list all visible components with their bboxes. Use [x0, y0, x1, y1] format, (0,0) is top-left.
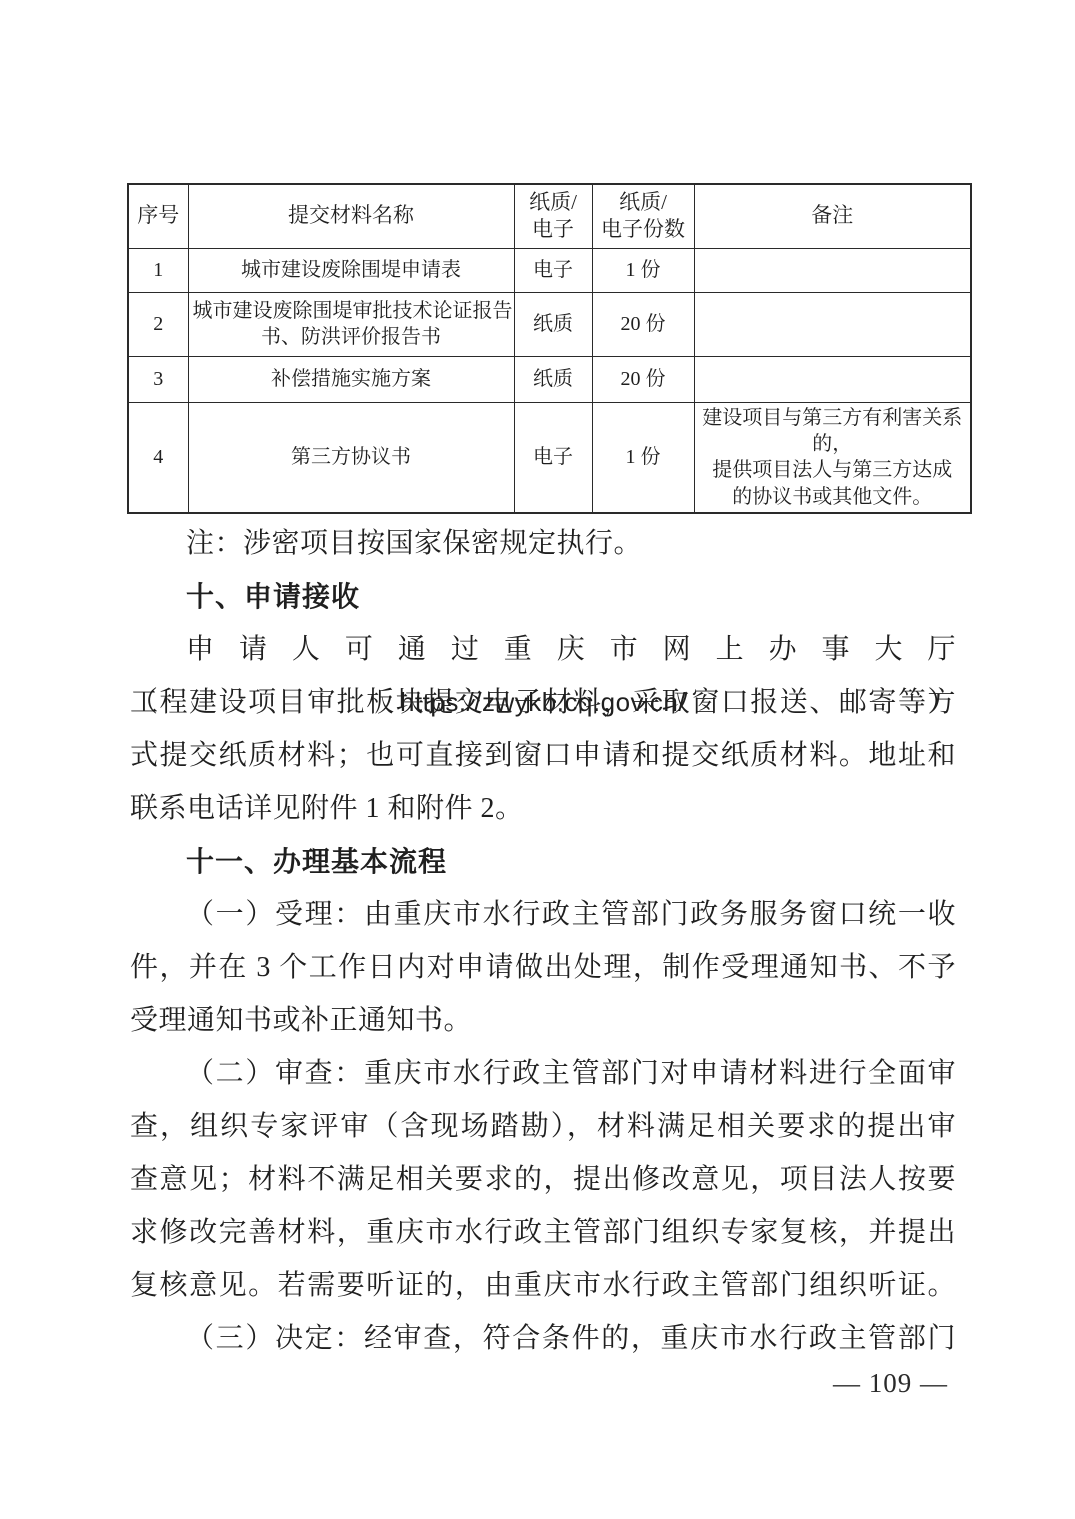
- table-row: 2 城市建设废除围堤审批技术论证报告 书、防洪评价报告书 纸质 20 份: [128, 292, 971, 356]
- cell-copies: 20 份: [592, 356, 694, 402]
- cell-medium: 电子: [514, 402, 592, 513]
- paragraph-line: （二）审查：重庆市水行政主管部门对申请材料进行全面审: [130, 1047, 956, 1100]
- table-header-row: 序号 提交材料名称 纸质/ 电子 纸质/ 电子份数 备注: [128, 184, 971, 248]
- document-page: { "table": { "headers": ["序号", "提交材料名称",…: [0, 0, 1075, 1519]
- table-row: 4 第三方协议书 电子 1 份 建设项目与第三方有利害关系 的，提供项目法人与第…: [128, 402, 971, 513]
- cell-name: 城市建设废除围堤申请表: [188, 248, 514, 292]
- paragraph-line: 求修改完善材料，重庆市水行政主管部门组织专家复核，并提出: [130, 1206, 956, 1259]
- paragraph-line: 受理通知书或补正通知书。: [130, 994, 956, 1047]
- header-cell-copies: 纸质/ 电子份数: [592, 184, 694, 248]
- paragraph-line: （三）决定：经审查，符合条件的，重庆市水行政主管部门: [130, 1312, 956, 1365]
- table-row: 1 城市建设废除围堤申请表 电子 1 份: [128, 248, 971, 292]
- cell-medium: 纸质: [514, 292, 592, 356]
- paragraph-line: 复核意见。若需要听证的，由重庆市水行政主管部门组织听证。: [130, 1259, 956, 1312]
- cell-copies: 20 份: [592, 292, 694, 356]
- cell-name: 城市建设废除围堤审批技术论证报告 书、防洪评价报告书: [188, 292, 514, 356]
- body-text: 注：涉密项目按国家保密规定执行。 十、申请接收 申请人可通过重庆市网上办事大厅（…: [130, 517, 956, 1365]
- paragraph-line: 件，并在 3 个工作日内对申请做出处理，制作受理通知书、不予: [130, 941, 956, 994]
- header-cell-no: 序号: [128, 184, 188, 248]
- cell-no: 3: [128, 356, 188, 402]
- note-line: 注：涉密项目按国家保密规定执行。: [130, 517, 956, 570]
- cell-medium: 纸质: [514, 356, 592, 402]
- table-row: 3 补偿措施实施方案 纸质 20 份: [128, 356, 971, 402]
- cell-medium: 电子: [514, 248, 592, 292]
- paragraph-line: 查意见；材料不满足相关要求的，提出修改意见，项目法人按要: [130, 1153, 956, 1206]
- cell-remark: [694, 248, 971, 292]
- section-10-heading: 十、申请接收: [130, 570, 956, 623]
- section-11-heading: 十一、办理基本流程: [130, 835, 956, 888]
- header-cell-medium: 纸质/ 电子: [514, 184, 592, 248]
- cell-remark: [694, 292, 971, 356]
- paragraph-line: 查，组织专家评审（含现场踏勘），材料满足相关要求的提出审: [130, 1100, 956, 1153]
- cell-copies: 1 份: [592, 402, 694, 513]
- header-cell-remark: 备注: [694, 184, 971, 248]
- cell-name: 补偿措施实施方案: [188, 356, 514, 402]
- paragraph-line: 工程建设项目审批板块提交电子材料，采取窗口报送、邮寄等方: [130, 676, 956, 729]
- cell-copies: 1 份: [592, 248, 694, 292]
- cell-remark: [694, 356, 971, 402]
- cell-no: 2: [128, 292, 188, 356]
- paragraph-line: 式提交纸质材料；也可直接到窗口申请和提交纸质材料。地址和: [130, 729, 956, 782]
- paragraph-line: 申请人可通过重庆市网上办事大厅（https://zwykb.cq.gov.cn/…: [130, 623, 956, 676]
- cell-remark: 建设项目与第三方有利害关系 的，提供项目法人与第三方达成 的协议书或其他文件。: [694, 402, 971, 513]
- cell-name: 第三方协议书: [188, 402, 514, 513]
- paragraph-line: 联系电话详见附件 1 和附件 2。: [130, 782, 956, 835]
- cell-no: 1: [128, 248, 188, 292]
- header-cell-name: 提交材料名称: [188, 184, 514, 248]
- materials-table: 序号 提交材料名称 纸质/ 电子 纸质/ 电子份数 备注 1 城市建设废除围堤申…: [127, 183, 972, 514]
- paragraph-line: （一）受理：由重庆市水行政主管部门政务服务窗口统一收: [130, 888, 956, 941]
- page-number: — 109 —: [833, 1368, 948, 1398]
- cell-no: 4: [128, 402, 188, 513]
